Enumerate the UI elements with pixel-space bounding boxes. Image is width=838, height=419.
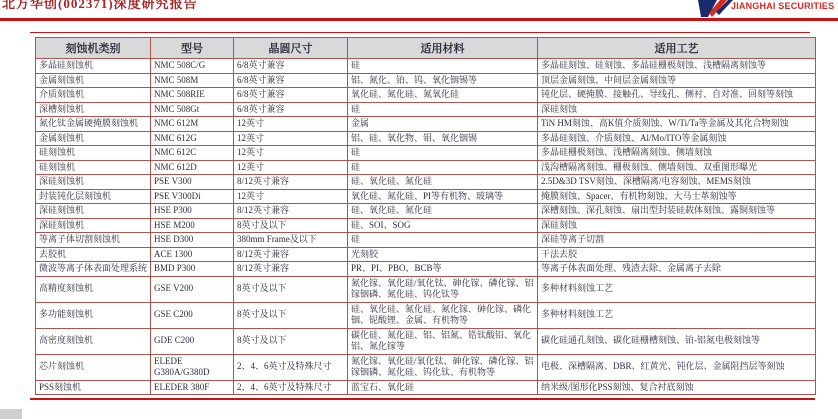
table-cell: NMC 508Gt	[151, 102, 234, 117]
table-cell: 深硅等离子切割	[538, 233, 816, 248]
table-cell: NMC 612M	[151, 117, 234, 132]
table-cell: 高精度刻蚀机	[36, 276, 151, 302]
table-cell: BMD P300	[151, 262, 234, 277]
table-row: 深硅刻蚀机PSE V3008/12英寸兼容硅、氧化硅、氮化硅2.5D&3D TS…	[36, 175, 816, 190]
table-cell: GSE V200	[151, 276, 234, 302]
table-cell: NMC 612C	[151, 146, 234, 161]
table-row: 高精度刻蚀机GSE V2008英寸及以下氮化镓、氧化硅/氧化钛、砷化镓、磷化镓、…	[36, 276, 816, 302]
table-cell: 硅、SOI、SOG	[348, 218, 538, 233]
table-cell: 硅、氧化硅、氮化硅	[348, 204, 538, 219]
table-cell: 2、4、6英寸及特殊尺寸	[234, 354, 348, 380]
table-cell: 硅	[348, 160, 538, 175]
table-cell: 碳化硅、氮化硅、铝、铝氮、锆钛酸铅、氧化铝、氮化镓等	[348, 328, 538, 354]
table-cell: 8英寸及以下	[234, 218, 348, 233]
table-cell: 6/8英寸兼容	[234, 88, 348, 103]
table-row: 多晶硅刻蚀机NMC 508C/G6/8英寸兼容硅多晶硅刻蚀、硅刻蚀、多晶硅栅极刻…	[36, 59, 816, 74]
table-cell: 蓝宝石、氧化硅	[348, 380, 538, 395]
report-title: 北方华创(002371)深度研究报告	[2, 0, 302, 10]
table-cell: 金属	[348, 117, 538, 132]
table-cell: PSS刻蚀机	[36, 380, 151, 395]
table-row: 多功能刻蚀机GSE C2008英寸及以下硅、氧化硅、氮化硅、氮化镓、砷化镓、磷化…	[36, 302, 816, 328]
table-row: 去胶机ACE 13008/12英寸兼容光刻胶干法去胶	[36, 247, 816, 262]
corner-fragment	[0, 409, 22, 419]
column-header: 适用工艺	[538, 38, 816, 59]
table-cell: NMC 612D	[151, 160, 234, 175]
table-cell: 深硅刻蚀机	[36, 218, 151, 233]
table-cell: ACE 1300	[151, 247, 234, 262]
table-cell: 硅	[348, 233, 538, 248]
table-cell: 硅	[348, 102, 538, 117]
table-cell: 掩膜刻蚀、Spacer、有机物刻蚀、大马士革刻蚀等	[538, 189, 816, 204]
table-row: 介质刻蚀机NMC 508RIE6/8英寸兼容氧化硅、氮化硅、氮氧化硅钝化层、硬掩…	[36, 88, 816, 103]
table-cell: 等离子体表面处理、残渣去除、金属离子去除	[538, 262, 816, 277]
table-row: 硅刻蚀机NMC 612C12英寸硅多晶硅栅极刻蚀、浅槽隔离刻蚀、侧墙刻蚀	[36, 146, 816, 161]
table-cell: 电极、深槽隔离、DBR、红黄光、钝化层、金属阻挡层等刻蚀	[538, 354, 816, 380]
table-row: 硅刻蚀机NMC 612D12英寸硅浅沟槽隔离刻蚀、栅极刻蚀、侧墙刻蚀、双重图形曝…	[36, 160, 816, 175]
etch-machine-table: 刻蚀机类别型号晶圆尺寸适用材料适用工艺 多晶硅刻蚀机NMC 508C/G6/8英…	[35, 37, 815, 395]
table-row: 深硅刻蚀机HSE M2008英寸及以下硅、SOI、SOG深硅刻蚀	[36, 218, 816, 233]
table-cell: 封装钝化层刻蚀机	[36, 189, 151, 204]
bottom-rule	[30, 398, 815, 400]
top-thick-rule	[0, 18, 838, 21]
table-row: 封装钝化层刻蚀机PSE V300Di12英寸氧化硅、氮化硅、PI等有机物、玻璃等…	[36, 189, 816, 204]
table-cell: 8/12英寸兼容	[234, 204, 348, 219]
table-cell: 深槽刻蚀、深孔刻蚀、扇出型封装硅载体刻蚀、露铜刻蚀等	[538, 204, 816, 219]
table-cell: 8英寸及以下	[234, 302, 348, 328]
table-cell: 多晶硅刻蚀机	[36, 59, 151, 74]
table-cell: 等离子体切割刻蚀机	[36, 233, 151, 248]
table-cell: NMC 508C/G	[151, 59, 234, 74]
table-cell: 多晶硅刻蚀、硅刻蚀、多晶硅栅极刻蚀、浅槽隔离刻蚀等	[538, 59, 816, 74]
table-cell: 氧化硅、氮化硅、PI等有机物、玻璃等	[348, 189, 538, 204]
table-cell: 介质刻蚀机	[36, 88, 151, 103]
table-cell: 硅	[348, 146, 538, 161]
table-cell: 氮化钛金属硬掩膜刻蚀机	[36, 117, 151, 132]
table-cell: 380mm Frame及以下	[234, 233, 348, 248]
table-cell: 去胶机	[36, 247, 151, 262]
table-cell: 芯片刻蚀机	[36, 354, 151, 380]
table-cell: 硅、氧化硅、氮化硅	[348, 175, 538, 190]
table: 刻蚀机类别型号晶圆尺寸适用材料适用工艺 多晶硅刻蚀机NMC 508C/G6/8英…	[35, 37, 816, 395]
table-cell: 光刻胶	[348, 247, 538, 262]
table-cell: 深硅刻蚀机	[36, 204, 151, 219]
table-cell: PR、PI、PBO、BCB等	[348, 262, 538, 277]
table-cell: 深槽刻蚀机	[36, 102, 151, 117]
table-cell: 硅、氧化硅、氮化硅、氮化镓、砷化镓、磷化铟、铌酸锂、金属、有机物等	[348, 302, 538, 328]
table-cell: 顶层金属刻蚀、中间层金属刻蚀等	[538, 73, 816, 88]
table-row: 微波等离子体表面处理系统BMD P3008/12英寸兼容PR、PI、PBO、BC…	[36, 262, 816, 277]
table-cell: 多晶硅刻蚀、介质刻蚀、Al/Mo/ITO等金属刻蚀	[538, 131, 816, 146]
table-cell: 硅刻蚀机	[36, 160, 151, 175]
table-cell: 深硅刻蚀	[538, 102, 816, 117]
table-cell: 6/8英寸兼容	[234, 73, 348, 88]
table-row: PSS刻蚀机ELEDER 380F2、4、6英寸及特殊尺寸蓝宝石、氧化硅纳米级/…	[36, 380, 816, 395]
table-cell: HSE M200	[151, 218, 234, 233]
column-header: 刻蚀机类别	[36, 38, 151, 59]
table-cell: 12英寸	[234, 131, 348, 146]
table-cell: PSE V300Di	[151, 189, 234, 204]
table-cell: 钝化层、硬掩膜、接触孔、导线孔、侧衬、自对准、回刻等刻蚀	[538, 88, 816, 103]
table-cell: ELEDER 380F	[151, 380, 234, 395]
table-row: 金属刻蚀机NMC 612G12英寸铝、硅、氧化物、钼、氧化铟锡多晶硅刻蚀、介质刻…	[36, 131, 816, 146]
top-thin-rule	[30, 32, 810, 33]
table-header-row: 刻蚀机类别型号晶圆尺寸适用材料适用工艺	[36, 38, 816, 59]
table-row: 高密度刻蚀机GDE C2008英寸及以下碳化硅、氮化硅、铝、铝氮、锆钛酸铅、氧化…	[36, 328, 816, 354]
table-cell: 深硅刻蚀	[538, 218, 816, 233]
table-cell: GDE C200	[151, 328, 234, 354]
column-header: 适用材料	[348, 38, 538, 59]
table-cell: 深硅刻蚀机	[36, 175, 151, 190]
table-cell: 8英寸及以下	[234, 328, 348, 354]
table-cell: 高密度刻蚀机	[36, 328, 151, 354]
table-cell: 多功能刻蚀机	[36, 302, 151, 328]
brand-name: JIANGHAI SECURITIES	[731, 1, 835, 11]
table-cell: GSE C200	[151, 302, 234, 328]
table-cell: 金属刻蚀机	[36, 73, 151, 88]
table-cell: 12英寸	[234, 189, 348, 204]
table-cell: 12英寸	[234, 146, 348, 161]
table-cell: 碳化硅通孔刻蚀、碳化硅栅槽刻蚀、铂-铝氮电极刻蚀等	[538, 328, 816, 354]
table-cell: 金属刻蚀机	[36, 131, 151, 146]
table-cell: 铝、氮化、铂、钨、氧化铟锡等	[348, 73, 538, 88]
table-cell: HSE P300	[151, 204, 234, 219]
table-row: 等离子体切割刻蚀机HSE D300380mm Frame及以下硅深硅等离子切割	[36, 233, 816, 248]
table-cell: 氧化硅、氮化硅、氮氧化硅	[348, 88, 538, 103]
etch-table-body: 多晶硅刻蚀机NMC 508C/G6/8英寸兼容硅多晶硅刻蚀、硅刻蚀、多晶硅栅极刻…	[36, 59, 816, 395]
table-cell: NMC 612G	[151, 131, 234, 146]
column-header: 型号	[151, 38, 234, 59]
table-row: 深硅刻蚀机HSE P3008/12英寸兼容硅、氧化硅、氮化硅深槽刻蚀、深孔刻蚀、…	[36, 204, 816, 219]
table-cell: 6/8英寸兼容	[234, 59, 348, 74]
table-cell: 多种材料刻蚀工艺	[538, 302, 816, 328]
table-cell: NMC 508M	[151, 73, 234, 88]
table-cell: 氮化镓、氧化硅/氧化钛、砷化镓、磷化镓、铝镓铟磷、氮化硅、钨化钛等	[348, 276, 538, 302]
table-cell: 氮化镓、氧化硅/氧化钛、砷化镓、磷化镓、铝镓铟磷、氮化硅、钨化钛、有机物等	[348, 354, 538, 380]
table-cell: 多种材料刻蚀工艺	[538, 276, 816, 302]
table-cell: 纳米级/图形化PSS刻蚀、复合衬底刻蚀	[538, 380, 816, 395]
table-row: 氮化钛金属硬掩膜刻蚀机NMC 612M12英寸金属TiN HM刻蚀、高K值介质刻…	[36, 117, 816, 132]
table-cell: ELEDE G380A/G380D	[151, 354, 234, 380]
table-cell: 干法去胶	[538, 247, 816, 262]
table-cell: 8/12英寸兼容	[234, 262, 348, 277]
table-cell: 8/12英寸兼容	[234, 247, 348, 262]
table-row: 金属刻蚀机NMC 508M6/8英寸兼容铝、氮化、铂、钨、氧化铟锡等顶层金属刻蚀…	[36, 73, 816, 88]
table-cell: NMC 508RIE	[151, 88, 234, 103]
table-cell: 铝、硅、氧化物、钼、氧化铟锡	[348, 131, 538, 146]
table-cell: HSE D300	[151, 233, 234, 248]
column-header: 晶圆尺寸	[234, 38, 348, 59]
table-cell: 微波等离子体表面处理系统	[36, 262, 151, 277]
table-cell: 浅沟槽隔离刻蚀、栅极刻蚀、侧墙刻蚀、双重图形曝光	[538, 160, 816, 175]
table-cell: 硅	[348, 59, 538, 74]
table-cell: 多晶硅栅极刻蚀、浅槽隔离刻蚀、侧墙刻蚀	[538, 146, 816, 161]
table-cell: 2.5D&3D TSV刻蚀、深槽隔离/电容刻蚀、MEMS刻蚀	[538, 175, 816, 190]
table-cell: 硅刻蚀机	[36, 146, 151, 161]
table-row: 深槽刻蚀机NMC 508Gt6/8英寸兼容硅深硅刻蚀	[36, 102, 816, 117]
table-cell: 6/8英寸兼容	[234, 102, 348, 117]
table-row: 芯片刻蚀机ELEDE G380A/G380D2、4、6英寸及特殊尺寸氮化镓、氧化…	[36, 354, 816, 380]
table-cell: 8/12英寸兼容	[234, 175, 348, 190]
table-cell: 12英寸	[234, 160, 348, 175]
table-cell: 2、4、6英寸及特殊尺寸	[234, 380, 348, 395]
table-cell: 8英寸及以下	[234, 276, 348, 302]
table-cell: 12英寸	[234, 117, 348, 132]
report-page: 北方华创(002371)深度研究报告 JIANGHAI SECURITIES 刻…	[0, 0, 838, 419]
table-cell: TiN HM刻蚀、高K值介质刻蚀、W/Ti/Ta等金属及其化合物刻蚀	[538, 117, 816, 132]
table-cell: PSE V300	[151, 175, 234, 190]
